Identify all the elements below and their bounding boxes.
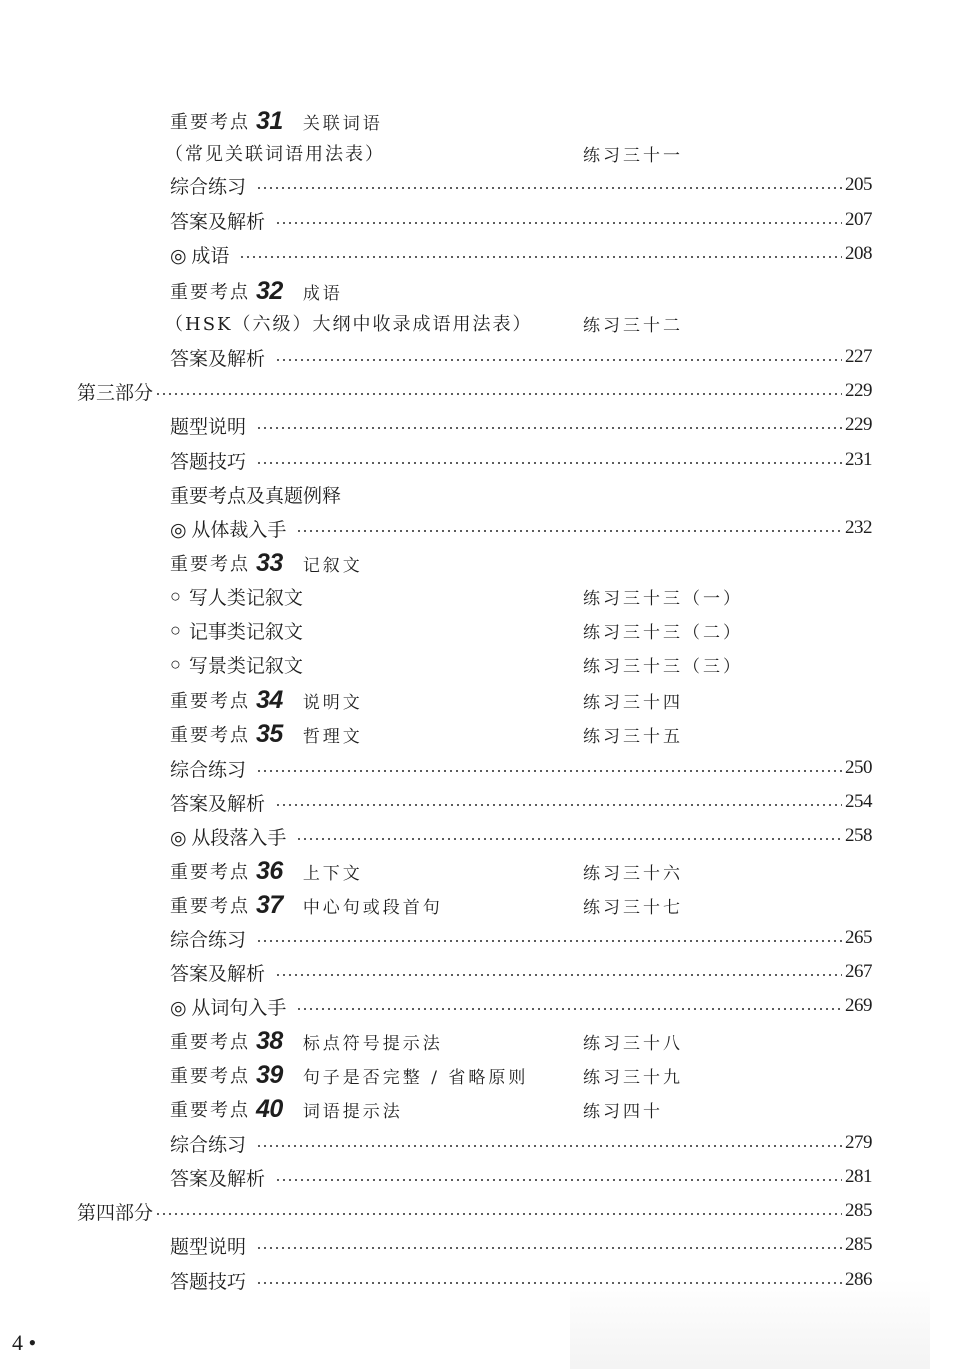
toc-entry[interactable]: ◎ 从词句入手269 (170, 991, 872, 1021)
toc-bullet-entry[interactable]: ○写景类记叙文 (170, 649, 303, 679)
entry-label: 综合练习 (170, 1130, 246, 1157)
keypoint-number: 35 (256, 720, 283, 749)
keypoint-prefix: 重要考点 (170, 550, 250, 576)
circle-bullet-icon: ○ (170, 586, 181, 607)
dot-leader (296, 530, 842, 532)
entry-label: 综合练习 (170, 925, 246, 952)
toc-entry[interactable]: 综合练习250 (170, 753, 872, 783)
entry-label: ◎ 从体裁入手 (170, 515, 286, 542)
dot-leader (275, 974, 842, 976)
usage-table-note[interactable]: （HSK（六级）大纲中收录成语用法表） (165, 308, 532, 338)
dot-leader (155, 393, 842, 395)
keypoint-entry[interactable]: 重要考点37中心句或段首句 (170, 889, 443, 921)
keypoint-entry[interactable]: 重要考点33记叙文 (170, 547, 363, 579)
keypoint-title: 词语提示法 (303, 1097, 403, 1122)
entry-page-number: 205 (845, 174, 872, 196)
entry-page-number: 258 (845, 825, 872, 847)
entry-page-number: 250 (845, 757, 872, 779)
keypoint-number: 37 (256, 891, 283, 920)
exercise-label[interactable]: 练习三十三（二） (583, 615, 743, 645)
page-number: 4 • (12, 1330, 36, 1356)
toc-entry[interactable]: 答案及解析207 (170, 205, 872, 235)
entry-page-number: 232 (845, 517, 872, 539)
entry-page-number: 229 (845, 414, 872, 436)
keypoint-entry[interactable]: 重要考点39句子是否完整 / 省略原则 (170, 1059, 528, 1091)
entry-label: 第四部分 (77, 1198, 153, 1225)
dot-leader (239, 256, 842, 258)
entry-label: 综合练习 (170, 755, 246, 782)
toc-entry[interactable]: 答案及解析254 (170, 787, 872, 817)
exercise-label[interactable]: 练习三十八 (583, 1026, 683, 1056)
toc-page: 重要考点31关联词语（常见关联词语用法表）练习三十一综合练习205答案及解析20… (0, 0, 960, 1369)
entry-label: 答案及解析 (170, 207, 265, 234)
keypoint-number: 36 (256, 857, 283, 886)
entry-page-number: 207 (845, 209, 872, 231)
toc-bullet-entry[interactable]: ○写人类记叙文 (170, 581, 303, 611)
entry-page-number: 208 (845, 243, 872, 265)
keypoint-prefix: 重要考点 (170, 687, 250, 713)
keypoint-prefix: 重要考点 (170, 1062, 250, 1088)
dot-leader (275, 804, 842, 806)
exercise-label[interactable]: 练习三十三（三） (583, 649, 743, 679)
entry-page-number: 254 (845, 791, 872, 813)
keypoint-number: 33 (256, 549, 283, 578)
keypoint-number: 32 (256, 277, 283, 306)
entry-label: ◎ 从段落入手 (170, 823, 286, 850)
keypoint-prefix: 重要考点 (170, 1028, 250, 1054)
toc-part-entry[interactable]: 第四部分285 (77, 1196, 872, 1226)
toc-entry[interactable]: ◎ 从体裁入手232 (170, 513, 872, 543)
keypoint-title: 成语 (303, 279, 343, 304)
entry-label: 答题技巧 (170, 1267, 246, 1294)
entry-page-number: 227 (845, 346, 872, 368)
keypoint-title: 标点符号提示法 (303, 1029, 443, 1054)
keypoint-title: 上下文 (303, 859, 363, 884)
dot-leader (155, 1213, 842, 1215)
entry-page-number: 279 (845, 1132, 872, 1154)
exercise-label[interactable]: 练习三十一 (583, 138, 683, 168)
toc-entry[interactable]: 答案及解析227 (170, 342, 872, 372)
entry-page-number: 269 (845, 995, 872, 1017)
toc-entry[interactable]: 答案及解析281 (170, 1162, 872, 1192)
keypoint-entry[interactable]: 重要考点35哲理文 (170, 718, 363, 750)
entry-label: ◎ 从词句入手 (170, 993, 286, 1020)
entry-page-number: 231 (845, 449, 872, 471)
keypoint-prefix: 重要考点 (170, 1096, 250, 1122)
keypoint-entry[interactable]: 重要考点36上下文 (170, 855, 363, 887)
exercise-label[interactable]: 练习三十七 (583, 890, 683, 920)
dot-leader (275, 1179, 842, 1181)
keypoint-entry[interactable]: 重要考点40词语提示法 (170, 1093, 403, 1125)
entry-label: 答案及解析 (170, 344, 265, 371)
circle-bullet-icon: ○ (170, 654, 181, 675)
keypoint-prefix: 重要考点 (170, 721, 250, 747)
entry-page-number: 285 (845, 1234, 872, 1256)
dot-leader (256, 427, 842, 429)
bullet-label: 记事类记叙文 (189, 617, 303, 644)
toc-part-entry[interactable]: 第三部分229 (77, 376, 872, 406)
keypoint-title: 哲理文 (303, 722, 363, 747)
keypoint-prefix: 重要考点 (170, 108, 250, 134)
usage-table-note[interactable]: （常见关联词语用法表） (165, 138, 385, 168)
exercise-label[interactable]: 练习三十九 (583, 1060, 683, 1090)
entry-label: 综合练习 (170, 172, 246, 199)
keypoint-number: 39 (256, 1061, 283, 1090)
dot-leader (256, 1247, 842, 1249)
keypoint-prefix: 重要考点 (170, 278, 250, 304)
dot-leader (256, 187, 842, 189)
dot-leader (256, 940, 842, 942)
keypoint-number: 31 (256, 107, 283, 136)
bullet-label: 写人类记叙文 (189, 583, 303, 610)
dot-leader (296, 838, 842, 840)
entry-label: 第三部分 (77, 378, 153, 405)
entry-label: 答题技巧 (170, 447, 246, 474)
entry-label: 答案及解析 (170, 959, 265, 986)
keypoint-entry[interactable]: 重要考点31关联词语 (170, 105, 383, 137)
exercise-label[interactable]: 练习四十 (583, 1094, 663, 1124)
dot-leader (275, 222, 842, 224)
exercise-label[interactable]: 练习三十三（一） (583, 581, 743, 611)
dot-leader (296, 1008, 842, 1010)
keypoint-title: 记叙文 (303, 551, 363, 576)
exercise-label[interactable]: 练习三十四 (583, 685, 683, 715)
section-heading: 重要考点及真题例释 (170, 479, 341, 509)
keypoint-prefix: 重要考点 (170, 858, 250, 884)
scan-shadow (570, 1279, 930, 1369)
dot-leader (275, 359, 842, 361)
keypoint-entry[interactable]: 重要考点38标点符号提示法 (170, 1025, 443, 1057)
keypoint-number: 38 (256, 1027, 283, 1056)
toc-entry[interactable]: 题型说明229 (170, 410, 872, 440)
toc-entry[interactable]: 综合练习265 (170, 923, 872, 953)
toc-bullet-entry[interactable]: ○记事类记叙文 (170, 615, 303, 645)
keypoint-entry[interactable]: 重要考点32成语 (170, 275, 343, 307)
dot-leader (256, 462, 842, 464)
bullet-label: 写景类记叙文 (189, 651, 303, 678)
entry-page-number: 229 (845, 380, 872, 402)
entry-page-number: 281 (845, 1166, 872, 1188)
toc-entry[interactable]: 答题技巧231 (170, 445, 872, 475)
entry-page-number: 267 (845, 961, 872, 983)
toc-entry[interactable]: ◎ 从段落入手258 (170, 821, 872, 851)
entry-label: ◎ 成语 (170, 241, 229, 268)
dot-leader (256, 770, 842, 772)
keypoint-number: 34 (256, 686, 283, 715)
entry-label: 答案及解析 (170, 1164, 265, 1191)
entry-label: 答案及解析 (170, 789, 265, 816)
toc-entry[interactable]: 题型说明285 (170, 1230, 872, 1260)
toc-entry[interactable]: ◎ 成语208 (170, 239, 872, 269)
keypoint-entry[interactable]: 重要考点34说明文 (170, 684, 363, 716)
exercise-label[interactable]: 练习三十六 (583, 856, 683, 886)
entry-page-number: 265 (845, 927, 872, 949)
dot-leader (256, 1145, 842, 1147)
toc-entry[interactable]: 答案及解析267 (170, 957, 872, 987)
keypoint-number: 40 (256, 1095, 283, 1124)
exercise-label[interactable]: 练习三十五 (583, 719, 683, 749)
circle-bullet-icon: ○ (170, 620, 181, 641)
keypoint-title: 中心句或段首句 (303, 893, 443, 918)
toc-entry[interactable]: 综合练习205 (170, 170, 872, 200)
keypoint-title: 关联词语 (303, 109, 383, 134)
entry-page-number: 285 (845, 1200, 872, 1222)
keypoint-title: 句子是否完整 / 省略原则 (303, 1063, 529, 1088)
keypoint-title: 说明文 (303, 688, 363, 713)
entry-label: 题型说明 (170, 412, 246, 439)
toc-entry[interactable]: 综合练习279 (170, 1128, 872, 1158)
exercise-label[interactable]: 练习三十二 (583, 308, 683, 338)
keypoint-prefix: 重要考点 (170, 892, 250, 918)
entry-label: 题型说明 (170, 1232, 246, 1259)
